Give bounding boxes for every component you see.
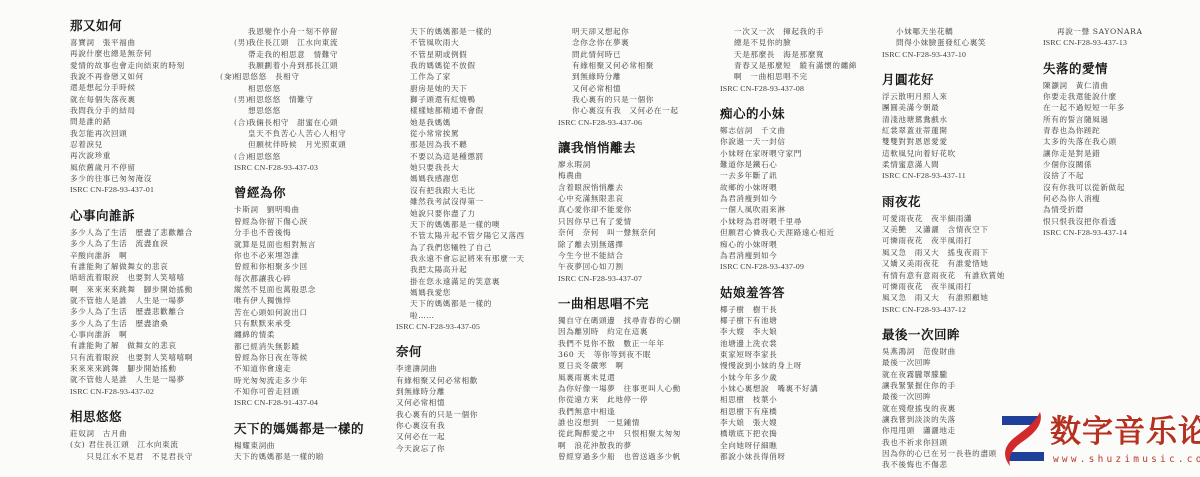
lyric-line: 多少的往事已匆匆淹沒 bbox=[70, 173, 193, 184]
lyric-line: 啊 浪花沖散我的夢 bbox=[558, 440, 681, 451]
lyric-text: 又何必常相憶 bbox=[572, 84, 621, 93]
watermark-site-name: 数字音乐论坛 bbox=[1050, 414, 1200, 450]
lyric-line: 多少人為了生活 歷盡了悲歡離合 bbox=[70, 227, 193, 238]
isrc-code: ISRC CN-F28-93-437-13 bbox=[1043, 37, 1143, 48]
lyric-line: 多少人為了生活 歷盡滄桑 bbox=[70, 318, 193, 329]
lyric-line: 從此陶醉愛之中 只恨相聚太匆匆 bbox=[558, 428, 681, 439]
lyric-line: 纏綿的情柔 bbox=[234, 329, 364, 340]
lyric-text: 我的媽媽從不放假 bbox=[410, 61, 476, 70]
singer-tag: (男) bbox=[234, 37, 248, 48]
lyric-line: 橋墩底下把衣搗 bbox=[720, 428, 857, 439]
lyric-line: 天是那麼長 海是那麼寬 bbox=[720, 49, 857, 60]
song-spacer bbox=[234, 409, 364, 421]
lyric-line: 來來來來跳舞 腳步開始搖動 bbox=[70, 363, 193, 374]
lyric-line: 心事向誰訴 啊 bbox=[70, 329, 193, 340]
lyric-text: 不管風吹雨大 bbox=[410, 38, 459, 47]
lyric-line: 我願劃着小舟到那長江頭 bbox=[234, 60, 364, 71]
lyric-line: 都說小妹長得俏呀 bbox=[720, 451, 857, 462]
lyric-line: 你說過一天一封信 bbox=[720, 136, 857, 147]
lyric-text: 皇天不負苦心人苦心人相守 bbox=[248, 129, 346, 138]
song-spacer bbox=[234, 173, 364, 185]
lyric-line: (合)相思悠悠 bbox=[234, 151, 364, 162]
lyric-line: 我問我分手的結局 bbox=[70, 105, 193, 116]
watermark-url: www.shuzimusic.com bbox=[1053, 454, 1200, 465]
lyric-text: 相思悠悠 bbox=[248, 84, 281, 93]
lyric-text: 她只要我長大 bbox=[410, 163, 459, 172]
lyric-line: 相思悠悠 bbox=[234, 83, 364, 94]
lyric-line: 我也不祈求你回頭 bbox=[882, 437, 1005, 448]
song-spacer bbox=[1043, 49, 1143, 61]
lyric-text: 相思悠悠 bbox=[248, 152, 281, 161]
song-block: 心事向誰訴多少人為了生活 歷盡了悲歡離合多少人為了生活 流盡血淚辛酸向誰訴 啊有… bbox=[70, 208, 193, 397]
lyric-line: 就在每個失落夜裏 bbox=[70, 94, 193, 105]
song-credit: 廖永瑕詞 bbox=[558, 159, 681, 170]
song-block: 一曲相思唱不完獨自守在碼頭邊 找尋青春的心願因為離別時 約定在這裏我們不見你不散… bbox=[558, 296, 681, 462]
lyric-text: 那是因為我不聽 bbox=[410, 140, 467, 149]
song-title: 痴心的小妹 bbox=[720, 106, 857, 122]
lyric-line: 小妹心裏想說 嘴裏不好講 bbox=[720, 383, 857, 394]
song-title: 雨夜花 bbox=[882, 194, 1005, 210]
lyric-text: 她是我媽媽 bbox=[410, 118, 451, 127]
lyric-line: 你要走我還能說什麼 bbox=[1043, 91, 1143, 102]
lyric-line: 她說只要你盡了力 bbox=[396, 208, 525, 219]
song-spacer bbox=[396, 332, 525, 344]
lyric-line: 媽媽我愛您 bbox=[396, 287, 525, 298]
lyric-line: 苦在心頭如何說出口 bbox=[234, 307, 364, 318]
z-logo-icon bbox=[1000, 410, 1046, 466]
song-continuation: 小妹哪天坐花轎問得小妹臉蛋發紅心裏笑ISRC CN-F28-93-437-10 bbox=[882, 26, 1005, 60]
song-credit: 吳燕鴻詞 范俊財曲 bbox=[882, 346, 1005, 357]
lyric-line: 柔情蜜意滿人間 bbox=[882, 159, 1005, 170]
isrc-code: ISRC CN-F28-93-437-02 bbox=[70, 386, 193, 397]
lyric-line: 啊 來來來來跳舞 腳步開始搖動 bbox=[70, 284, 193, 295]
song-title: 那又如何 bbox=[70, 18, 193, 34]
lyric-line: 為君消瘦到如今 bbox=[720, 250, 857, 261]
lyric-line: 多少人為了生活 歷盡悲歡離合 bbox=[70, 306, 193, 317]
lyric-line: 但願枕伴時候 月光照東頭 bbox=[234, 139, 364, 150]
lyric-line: 廚房是她的天下 bbox=[396, 83, 525, 94]
lyric-text: 不管星期或例假 bbox=[410, 50, 467, 59]
lyric-text: 廚房是她的天下 bbox=[410, 84, 467, 93]
lyric-text: 相思悠悠 長相守 bbox=[234, 72, 300, 81]
lyric-line: 池塘邊上洗衣裳 bbox=[720, 338, 857, 349]
lyric-line: 又何必常相憶 bbox=[396, 397, 525, 408]
lyric-line: 東家短呀李家長 bbox=[720, 349, 857, 360]
lyric-line: 多少人為了生活 流盡血淚 bbox=[70, 238, 193, 249]
lyric-text: 我恩變作小舟一刻不停留 bbox=[248, 27, 338, 36]
lyric-line: 為你好像一場夢 往事更叫人心動 bbox=[558, 383, 681, 394]
lyric-line: 又嬌又美雨夜花 有誰愛惜她 bbox=[882, 258, 1005, 269]
lyric-line: 真心愛你卻不能愛你 bbox=[558, 204, 681, 215]
lyric-line: (男)相思悠悠 情難守 bbox=[234, 94, 364, 105]
lyric-line: 梅農曲 bbox=[558, 170, 681, 181]
lyric-line: 我的媽媽從不放假 bbox=[396, 60, 525, 71]
lyric-text: 掛在您永遠滿足的笑意裏 bbox=[410, 277, 500, 286]
isrc-code: ISRC CN-F28-93-437-03 bbox=[234, 162, 364, 173]
lyric-line: 就在夜霧朧罩朦朧 bbox=[882, 369, 1005, 380]
isrc-code: ISRC CN-F28-93-437-01 bbox=[70, 184, 193, 195]
lyric-line: 讓你走是對是錯 bbox=[1043, 148, 1143, 159]
lyric-line: 李大娘 張大嫂 bbox=[720, 417, 857, 428]
isrc-code: ISRC CN-F28-93-437-08 bbox=[720, 83, 857, 94]
lyric-text: 我永遠不會忘記將來有那麼一天 bbox=[410, 254, 525, 263]
lyric-line: 小妹哪天坐花轎 bbox=[882, 26, 1005, 37]
lyric-text: 工作為了家 bbox=[410, 72, 451, 81]
lyric-line: 沒有你我可以從新做起 bbox=[1043, 182, 1143, 193]
lyric-line: 今天說忘了你 bbox=[396, 443, 525, 454]
lyric-line: 縱然不見面也萬般思念 bbox=[234, 284, 364, 295]
song-title: 奈何 bbox=[396, 344, 525, 360]
lyric-line: 帶走我的相思意 情難守 bbox=[234, 49, 364, 60]
lyric-line: 你心裏沒有我 bbox=[396, 420, 525, 431]
lyric-line: 我怎能再次回頭 bbox=[70, 128, 193, 139]
singer-tag: (合) bbox=[234, 151, 248, 162]
lyric-line: 天下的媽媽都是一樣的噢 bbox=[396, 219, 525, 230]
lyric-line: 你甩甩頭 瀟灑地走 bbox=[882, 425, 1005, 436]
lyric-line: 沒捨了不起 bbox=[1043, 170, 1143, 181]
lyric-line: 時光匆匆流走多少年 bbox=[234, 375, 364, 386]
song-spacer bbox=[70, 397, 193, 409]
lyric-text: 天是那麼長 海是那麼寬 bbox=[734, 50, 824, 59]
lyric-line: 太多的失落在我心頭 bbox=[1043, 136, 1143, 147]
lyric-line: 小妹呀在家呀喂守家門 bbox=[720, 148, 857, 159]
lyric-line: 你心裏沒有我 又何必在一起 bbox=[558, 105, 681, 116]
song-credit: 楊耀東詞曲 bbox=[234, 440, 364, 451]
song-block: 最後一次回眸吳燕鴻詞 范俊財曲最後一次回眸就在夜霧朧罩朦朧讓我緊緊握住你的手最後… bbox=[882, 327, 1005, 471]
lyric-line: 曾經穿過多少船 也曾送過多少帆 bbox=[558, 451, 681, 462]
lyric-line: 風依舊歲月不停留 bbox=[70, 162, 193, 173]
song-title: 天下的媽媽都是一樣的 bbox=[234, 421, 364, 437]
song-credit: 陳灝詞 黃仁清曲 bbox=[1043, 80, 1143, 91]
lyric-line: 又何必在一起 bbox=[396, 431, 525, 442]
lyric-line: 有誰能夠了解 做舞女的悲哀 bbox=[70, 340, 193, 351]
lyric-line: 夏日炎冬嚴寒 啊 bbox=[558, 360, 681, 371]
isrc-code: ISRC CN-F28-93-437-09 bbox=[720, 261, 857, 272]
isrc-code: ISRC CN-F28-93-437-11 bbox=[882, 170, 1005, 181]
lyric-line: 為了我們您犧牲了自己 bbox=[396, 242, 525, 253]
lyric-line: 清淺池塘鴛鴦戲水 bbox=[882, 114, 1005, 125]
lyric-line: 何必為你人消瘦 bbox=[1043, 193, 1143, 204]
lyric-line: 不知道你會遠走 bbox=[234, 363, 364, 374]
lyric-line: 誰也沒想到 一見鍾情 bbox=[558, 417, 681, 428]
lyric-line: 恨只恨我沒把你看透 bbox=[1043, 216, 1143, 227]
lyric-text: 到無緣時分離 bbox=[572, 72, 621, 81]
lyric-line: 最後一次回眸 bbox=[882, 391, 1005, 402]
song-spacer bbox=[882, 60, 1005, 72]
lyric-line: 掛在您永遠滿足的笑意裏 bbox=[396, 276, 525, 287]
song-continuation: 天下的媽媽都是一樣的不管風吹雨大不管星期或例假我的媽媽從不放假工作為了家廚房是她… bbox=[396, 26, 525, 332]
lyric-line: 她是我媽媽 bbox=[396, 117, 525, 128]
lyric-line: 那是因為我不聽 bbox=[396, 139, 525, 150]
song-spacer bbox=[70, 196, 193, 208]
lyric-text: 你心裏沒有我 又何必在一起 bbox=[572, 106, 679, 115]
lyric-line: 想思悠悠 bbox=[234, 105, 364, 116]
lyric-line: 分手也不曾後悔 bbox=[234, 227, 364, 238]
lyric-line: 念你念你在夢裏 bbox=[558, 37, 681, 48]
lyric-line: ＊(女)相思悠悠 長相守 bbox=[234, 71, 364, 82]
lyric-text: 樣樣她都精通不會假 bbox=[410, 106, 484, 115]
lyric-line: 啦…… bbox=[396, 310, 525, 321]
song-title: 姑娘羞答答 bbox=[720, 285, 857, 301]
lyric-column: 再說一聲 SAYONARAISRC CN-F28-93-437-13失落的愛情陳… bbox=[1043, 26, 1143, 239]
lyric-line: 風又急 雨又大 搖曳夜雨下 bbox=[882, 247, 1005, 258]
lyric-text: 不要以為這是種懲罰 bbox=[410, 152, 484, 161]
song-spacer bbox=[558, 284, 681, 296]
lyric-line: 到無緣時分離 bbox=[396, 386, 525, 397]
singer-tag: (女) bbox=[220, 71, 234, 82]
lyric-column: 那又如何喜寶詞 張平福曲再說什麼也總是無奈何愛情的故事也會走向結束的時刻我說不再… bbox=[70, 18, 193, 462]
song-spacer bbox=[882, 182, 1005, 194]
lyric-line: 這軟風兒向着好花吹 bbox=[882, 148, 1005, 159]
song-block: 讓我悄悄離去廖永瑕詞梅農曲含着眼淚悄悄離去心中充滿無限悲哀真心愛你卻不能愛你只因… bbox=[558, 140, 681, 284]
lyric-line: 午夜夢回心如刀割 bbox=[558, 261, 681, 272]
song-credit: 李達濤詞曲 bbox=[396, 363, 525, 374]
song-spacer bbox=[882, 315, 1005, 327]
lyric-text: 雖然我考試沒得第一 bbox=[410, 197, 484, 206]
song-continuation: 再說一聲 SAYONARAISRC CN-F28-93-437-13 bbox=[1043, 26, 1143, 49]
song-spacer bbox=[720, 94, 857, 106]
lyric-line: 就不管他人是誰 人生是一場夢 bbox=[70, 374, 193, 385]
lyric-column: 我恩變作小舟一刻不停留(男)我住長江頭 江水向東流帶走我的相思意 情難守我願劃着… bbox=[234, 26, 364, 462]
song-title: 相思悠悠 bbox=[70, 409, 193, 425]
lyric-line: 你也不必來埋怨誰 bbox=[234, 250, 364, 261]
lyric-text: 啦…… bbox=[410, 311, 435, 320]
lyric-line: 相思樹 枝葉小 bbox=[720, 394, 857, 405]
song-block: 姑娘羞答答椰子樹 樹干長椰子樹下有池塘李大嫂 李大娘池塘邊上洗衣裳東家短呀李家長… bbox=[720, 285, 857, 463]
lyric-text: 為了我們您犧牲了自己 bbox=[410, 243, 492, 252]
lyric-line: 青春又是那麼短 縱有滿懷的纏綿 bbox=[720, 60, 857, 71]
lyric-text: 獅子頭還有紅燒鴨 bbox=[410, 95, 476, 104]
lyric-line: 可憐雨夜花 夜半風雨打 bbox=[882, 281, 1005, 292]
lyric-line: 不要以為這是種懲罰 bbox=[396, 151, 525, 162]
lyric-line: 奈何 奈何 叫一聲無奈何 bbox=[558, 227, 681, 238]
lyric-line: 就算是見面也相對無言 bbox=[234, 239, 364, 250]
lyric-line: 到無緣時分離 bbox=[558, 71, 681, 82]
lyric-text: 念你念你在夢裏 bbox=[572, 38, 629, 47]
lyric-line: 不知你可曾走回頭 bbox=[234, 386, 364, 397]
song-block: 月圓花好浮云散明月照人來團圓美滿今朝最清淺池塘鴛鴦戲水紅裳翠蓋並蒂蓮開雙雙對對恩… bbox=[882, 72, 1005, 182]
lyric-text: 青春又是那麼短 縱有滿懷的纏綿 bbox=[734, 61, 857, 70]
lyric-line: 我說不再眷戀又如何 bbox=[70, 71, 193, 82]
lyric-text: 天下的媽媽都是一樣的噢 bbox=[410, 220, 500, 229]
song-block: 那又如何喜寶詞 張平福曲再說什麼也總是無奈何愛情的故事也會走向結束的時刻我說不再… bbox=[70, 18, 193, 196]
song-block: 天下的媽媽都是一樣的楊耀東詞曲天下的媽媽都是一樣的喲 bbox=[234, 421, 364, 463]
lyric-line: 一去多年斷了訊 bbox=[720, 170, 857, 181]
song-block: 奈何李達濤詞曲有緣相聚又何必常相歡到無緣時分離又何必常相憶我心裏有的只是一個你你… bbox=[396, 344, 525, 454]
lyric-line: 相思樹下有座橋 bbox=[720, 406, 857, 417]
lyric-line: 為君消瘦到如今 bbox=[720, 193, 857, 204]
lyric-text: 不管太陽升起不管夕陽它又落西 bbox=[410, 231, 525, 240]
lyric-line: 問得小妹臉蛋發紅心裏笑 bbox=[882, 37, 1005, 48]
lyric-text: 天下的媽媽都是一樣的 bbox=[410, 27, 492, 36]
lyric-text: 想思悠悠 bbox=[248, 106, 281, 115]
lyric-line: 但願君心憐我心天涯路遠心相近 bbox=[720, 227, 857, 238]
lyric-line: 青春也為你蹉跎 bbox=[1043, 125, 1143, 136]
lyric-text: 問此情何時已 bbox=[572, 50, 621, 59]
lyric-line: 一次又一次 揮起我的手 bbox=[720, 26, 857, 37]
song-credit: 莊奴詞 古月曲 bbox=[70, 428, 193, 439]
song-block: 雨夜花可愛雨夜花 夜半細雨瀟又美艷 又瀟灑 含情夜空下可憐雨夜花 夜半風雨打風又… bbox=[882, 194, 1005, 315]
lyric-column: 一次又一次 揮起我的手總是不見你的臉天是那麼長 海是那麼寬青春又是那麼短 縱有滿… bbox=[720, 26, 857, 462]
lyric-line: (女) 君住長江頭 江水向東流 bbox=[70, 439, 193, 450]
song-title: 心事向誰訴 bbox=[70, 208, 193, 224]
lyric-line: 少個你沒關係 bbox=[1043, 159, 1143, 170]
lyric-text: 媽媽我感謝您 bbox=[410, 174, 459, 183]
lyric-text: 問得小妹臉蛋發紅心裏笑 bbox=[896, 38, 986, 47]
isrc-code: ISRC CN-F28-93-437-06 bbox=[558, 117, 681, 128]
song-title: 月圓花好 bbox=[882, 72, 1005, 88]
lyric-line: 只有流着眼淚 也要對人笑嘻嘻啊 bbox=[70, 352, 193, 363]
lyric-line: 總是不見你的臉 bbox=[720, 37, 857, 48]
lyric-column: 小妹哪天坐花轎問得小妹臉蛋發紅心裏笑ISRC CN-F28-93-437-10月… bbox=[882, 26, 1005, 471]
song-continuation: 一次又一次 揮起我的手總是不見你的臉天是那麼長 海是那麼寬青春又是那麼短 縱有滿… bbox=[720, 26, 857, 94]
lyric-line: 今生今世不能結合 bbox=[558, 250, 681, 261]
isrc-code: ISRC CN-F28-93-437-14 bbox=[1043, 227, 1143, 238]
lyric-text: 小妹哪天坐花轎 bbox=[896, 27, 953, 36]
lyric-line: (合)我倆長相守 甜蜜在心頭 bbox=[234, 117, 364, 128]
lyric-line: 又美艷 又瀟灑 含情夜空下 bbox=[882, 224, 1005, 235]
lyric-line: 椰子樹下有池塘 bbox=[720, 315, 857, 326]
lyric-line: 慢慢說到小妹的身上呀 bbox=[720, 360, 857, 371]
song-title: 最後一次回眸 bbox=[882, 327, 1005, 343]
song-block: 失落的愛情陳灝詞 黃仁清曲你要走我還能說什麼在一起不過短短一年多所有的誓言隨風過… bbox=[1043, 61, 1143, 239]
lyric-line: 李大嫂 李大娘 bbox=[720, 326, 857, 337]
lyric-line: 除了離去別無選擇 bbox=[558, 239, 681, 250]
lyric-line: 只有默默來承受 bbox=[234, 318, 364, 329]
lyric-line: 獅子頭還有紅燒鴨 bbox=[396, 94, 525, 105]
lyric-text: 天下的媽媽都是一樣的 bbox=[410, 299, 492, 308]
lyric-line: 曾經為你日夜在等候 bbox=[234, 352, 364, 363]
watermark-logo: 数字音乐论坛 www.shuzimusic.com bbox=[1000, 402, 1200, 477]
lyric-line: 我心裏有的只是一個你 bbox=[396, 409, 525, 420]
lyric-line: 辛酸向誰訴 啊 bbox=[70, 250, 193, 261]
lyric-line: 工作為了家 bbox=[396, 71, 525, 82]
lyric-line: 還是想起分手時候 bbox=[70, 82, 193, 93]
lyric-text: 但願枕伴時候 月光照東頭 bbox=[248, 140, 346, 149]
lyric-column: 明天卻又想起你念你念你在夢裏問此情何時已有緣相聚又何必常相聚到無緣時分離又何必常… bbox=[558, 26, 681, 462]
lyric-line: 沒有把我跟大毛比 bbox=[396, 185, 525, 196]
lyric-text: 我住長江頭 江水向東流 bbox=[248, 38, 338, 47]
lyric-line: 難道你是鐵石心 bbox=[720, 159, 857, 170]
song-title: 失落的愛情 bbox=[1043, 61, 1143, 77]
lyric-line: 有誰能夠了解做舞女的悲哀 bbox=[70, 261, 193, 272]
singer-tag: (合) bbox=[234, 117, 248, 128]
lyric-line: 最後一次回眸 bbox=[882, 357, 1005, 368]
singer-tag: (男) bbox=[234, 94, 248, 105]
lyric-line: 故鄉的小妹呀喂 bbox=[720, 182, 857, 193]
song-block: 痴心的小妹鄭志信詞 千文曲你說過一天一封信小妹呀在家呀喂守家門難道你是鐵石心一去… bbox=[720, 106, 857, 272]
lyric-line: 再次說珍重 bbox=[70, 150, 193, 161]
song-title: 曾經為你 bbox=[234, 185, 364, 201]
lyric-line: 風又急 雨又大 有誰照顧她 bbox=[882, 292, 1005, 303]
lyric-line: 天下的媽媽都是一樣的喲 bbox=[234, 451, 364, 462]
lyric-text: 她說只要你盡了力 bbox=[410, 209, 476, 218]
lyric-line: 含着眼淚悄悄離去 bbox=[558, 182, 681, 193]
isrc-code: ISRC CN-F28-93-437-07 bbox=[558, 273, 681, 284]
lyric-line: 我們無意中相逢 bbox=[558, 406, 681, 417]
lyric-line: 暗暗流着眼淚 也要對人笑嘻嘻 bbox=[70, 272, 193, 283]
lyric-line: 紅裳翠蓋並蒂蓮開 bbox=[882, 125, 1005, 136]
lyric-line: 不管太陽升起不管夕陽它又落西 bbox=[396, 230, 525, 241]
lyric-line: 風裏雨裏未見還 bbox=[558, 372, 681, 383]
lyric-line: 問此情何時已 bbox=[558, 49, 681, 60]
lyric-line: 在一起不過短短一年多 bbox=[1043, 102, 1143, 113]
song-title: 一曲相思唱不完 bbox=[558, 296, 681, 312]
song-continuation: 我恩變作小舟一刻不停留(男)我住長江頭 江水向東流帶走我的相思意 情難守我願劃着… bbox=[234, 26, 364, 173]
lyric-line: 曾經為你留下傷心淚 bbox=[234, 216, 364, 227]
lyric-text: 沒有把我跟大毛比 bbox=[410, 186, 476, 195]
lyric-line: 天下的媽媽都是一樣的 bbox=[396, 298, 525, 309]
lyric-line: 我把太陽高升起 bbox=[396, 264, 525, 275]
lyric-text: 啊 一曲相思唱不完 bbox=[734, 72, 808, 81]
lyric-line: 痴心的小妹呀喂 bbox=[720, 239, 857, 250]
song-spacer bbox=[720, 273, 857, 285]
lyric-line: 所有的誓言隨風過 bbox=[1043, 114, 1143, 125]
lyric-text: 再說一聲 SAYONARA bbox=[1057, 27, 1143, 36]
lyric-line: 忍着淚兒 bbox=[70, 139, 193, 150]
isrc-code: ISRC CN-F28-91-437-04 bbox=[234, 397, 364, 408]
lyric-text: 我心裏有的只是一個你 bbox=[572, 95, 654, 104]
lyric-line: 讓我嘗到淡淡的失落 bbox=[882, 414, 1005, 425]
lyric-text: 我把太陽高升起 bbox=[410, 265, 467, 274]
lyric-line: 啊 一曲相思唱不完 bbox=[720, 71, 857, 82]
lyric-line: 再說一聲 SAYONARA bbox=[1043, 26, 1143, 37]
isrc-code: ISRC CN-F28-93-437-12 bbox=[882, 304, 1005, 315]
lyric-line: 心中充滿無限悲哀 bbox=[558, 193, 681, 204]
lyric-line: 愛情的故事也會走向結束的時刻 bbox=[70, 60, 193, 71]
lyric-line: 讓我緊緊握住你的手 bbox=[882, 380, 1005, 391]
lyric-line: 樣樣她都精通不會假 bbox=[396, 105, 525, 116]
lyric-line: 你從遠方來 此地停一停 bbox=[558, 394, 681, 405]
lyric-line: 有緣相聚又何必常相聚 bbox=[558, 60, 681, 71]
lyric-line: 就在殘燈搖曳的夜裏 bbox=[882, 403, 1005, 414]
lyric-line: 天下的媽媽都是一樣的 bbox=[396, 26, 525, 37]
song-block: 曾經為你卡斯詞 劉明鳴曲曾經為你留下傷心淚分手也不曾後悔就算是見面也相對無言你也… bbox=[234, 185, 364, 408]
lyric-line: 不管風吹雨大 bbox=[396, 37, 525, 48]
lyric-line: 我們不見你不散 數正一年年 bbox=[558, 338, 681, 349]
lyric-line: 因為離別時 約定在這裏 bbox=[558, 326, 681, 337]
song-continuation: 明天卻又想起你念你念你在夢裏問此情何時已有緣相聚又何必常相聚到無緣時分離又何必常… bbox=[558, 26, 681, 128]
lyric-text: 從小常常挨罵 bbox=[410, 129, 459, 138]
lyric-line: 因為你的心已在另一長巷的盡頭 bbox=[882, 448, 1005, 459]
lyric-line: 團圓美滿今朝最 bbox=[882, 102, 1005, 113]
lyric-line: 媽媽我感謝您 bbox=[396, 173, 525, 184]
lyric-line: 我恩變作小舟一刻不停留 bbox=[234, 26, 364, 37]
lyric-line: 只因你早已有了愛情 bbox=[558, 216, 681, 227]
lyric-line: 360 天 等你等到夜不眠 bbox=[558, 349, 681, 360]
lyric-line: 浮云散明月照人來 bbox=[882, 91, 1005, 102]
lyric-text: 有緣相聚又何必常相聚 bbox=[572, 61, 654, 70]
lyric-line: 就不管他人是誰 人生是一場夢 bbox=[70, 295, 193, 306]
lyric-text: 我願劃着小舟到那長江頭 bbox=[248, 61, 338, 70]
lyric-line: 可憐雨夜花 夜半風雨打 bbox=[882, 235, 1005, 246]
lyric-text: 明天卻又想起你 bbox=[572, 27, 629, 36]
song-credit: 喜寶詞 張平福曲 bbox=[70, 37, 193, 48]
lyric-line: 都已經消失無影蹤 bbox=[234, 341, 364, 352]
song-block: 相思悠悠莊奴詞 古月曲(女) 君住長江頭 江水向東流 只見江水不見君 不見君長守 bbox=[70, 409, 193, 462]
lyric-line: 小妹呀為君呀喂千里尋 bbox=[720, 216, 857, 227]
lyric-line: 再說什麼也總是無奈何 bbox=[70, 48, 193, 59]
isrc-code: ISRC CN-F28-93-437-10 bbox=[882, 49, 1005, 60]
lyric-text: 相思悠悠 情難守 bbox=[248, 95, 314, 104]
isrc-code: ISRC CN-F28-93-437-05 bbox=[396, 321, 525, 332]
lyric-line: 我永遠不會忘記將來有那麼一天 bbox=[396, 253, 525, 264]
lyric-line: 我心裏有的只是一個你 bbox=[558, 94, 681, 105]
lyric-line: 皇天不負苦心人苦心人相守 bbox=[234, 128, 364, 139]
lyric-line: 一個人風吹雨來淋 bbox=[720, 204, 857, 215]
lyric-line: (男)我住長江頭 江水向東流 bbox=[234, 37, 364, 48]
lyric-line: 雖然我考試沒得第一 bbox=[396, 196, 525, 207]
